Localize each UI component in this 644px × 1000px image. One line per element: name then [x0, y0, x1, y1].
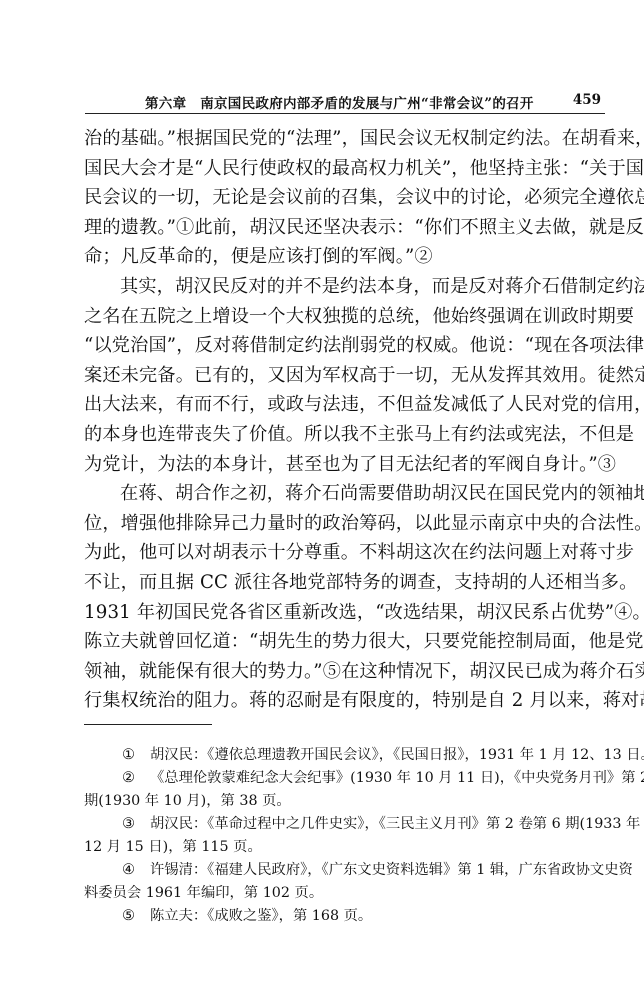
footnote-3-cont: 12 月 15 日)，第 115 页。: [84, 836, 604, 859]
body-line: 领袖，就能保有很大的势力。”⑤在这种情况下，胡汉民已成为蒋介石实: [84, 657, 604, 687]
footnote-2-cont: 期(1930 年 10 月)，第 38 页。: [84, 790, 604, 813]
footnote-3: ③胡汉民：《革命过程中之几件史实》，《三民主义月刊》第 2 卷第 6 期(193…: [84, 813, 604, 836]
body-line: 行集权统治的阻力。蒋的忍耐是有限度的，特别是自 2 月以来，蒋对胡: [84, 686, 604, 716]
footnote-marker: ④: [122, 859, 150, 882]
body-line: 为党计，为法的本身计，甚至也为了目无法纪者的军阀自身计。”③: [84, 450, 604, 480]
footnote-4: ④许锡清：《福建人民政府》，《广东文史资料选辑》第 1 辑，广东省政协文史资: [84, 859, 604, 882]
footnote-text: 胡汉民：《革命过程中之几件史实》，《三民主义月刊》第 2 卷第 6 期(1933…: [150, 816, 640, 832]
body-text: 治的基础。”根据国民党的“法理”，国民会议无权制定约法。在胡看来， 国民大会才是…: [84, 124, 604, 716]
body-line: 案还未完备。已有的，又因为军权高于一切，无从发挥其效用。徒然定: [84, 361, 604, 391]
footnote-2: ②《总理伦敦蒙难纪念大会纪事》(1930 年 10 月 11 日)，《中央党务月…: [84, 767, 604, 790]
body-line: 之名在五院之上增设一个大权独揽的总统，他始终强调在训政时期要: [84, 302, 604, 332]
footnote-text: 许锡清：《福建人民政府》，《广东文史资料选辑》第 1 辑，广东省政协文史资: [150, 862, 633, 878]
body-line: 理的遗教。”①此前，胡汉民还坚决表示：“你们不照主义去做，就是反革: [84, 213, 604, 243]
footnote-marker: ③: [122, 813, 150, 836]
body-line: 为此，他可以对胡表示十分尊重。不料胡这次在约法问题上对蒋寸步: [84, 538, 604, 568]
footnote-text: 陈立夫：《成败之鉴》，第 168 页。: [150, 908, 372, 924]
footnote-marker: ②: [122, 767, 150, 790]
body-line: 治的基础。”根据国民党的“法理”，国民会议无权制定约法。在胡看来，: [84, 124, 604, 154]
footnotes: ①胡汉民：《遵依总理遗教开国民会议》，《民国日报》，1931 年 1 月 12、…: [84, 744, 604, 928]
body-line: 命；凡反革命的，便是应该打倒的军阀。”②: [84, 242, 604, 272]
footnote-text: 《总理伦敦蒙难纪念大会纪事》(1930 年 10 月 11 日)，《中央党务月刊…: [150, 770, 644, 786]
body-line: 国民大会才是“人民行使政权的最高权力机关”，他坚持主张：“关于国: [84, 154, 604, 184]
body-line: 不让，而且据 CC 派往各地党部特务的调查，支持胡的人还相当多。: [84, 568, 604, 598]
header-divider: [85, 113, 605, 114]
footnote-divider: [84, 724, 212, 725]
body-line: 陈立夫就曾回忆道：“胡先生的势力很大，只要党能控制局面，他是党的: [84, 627, 604, 657]
body-line: 的本身也连带丧失了价值。所以我不主张马上有约法或宪法，不但是: [84, 420, 604, 450]
body-line: “以党治国”，反对蒋借制定约法削弱党的权威。他说：“现在各项法律: [84, 331, 604, 361]
running-header: 第六章 南京国民政府内部矛盾的发展与广州“非常会议”的召开 459: [85, 92, 605, 112]
body-line: 1931 年初国民党各省区重新改选，“改选结果，胡汉民系占优势”④。: [84, 598, 604, 628]
body-line: 位，增强他排除异己力量时的政治筹码，以此显示南京中央的合法性。: [84, 509, 604, 539]
footnote-4-cont: 料委员会 1961 年编印，第 102 页。: [84, 882, 604, 905]
footnote-text: 胡汉民：《遵依总理遗教开国民会议》，《民国日报》，1931 年 1 月 12、1…: [150, 747, 644, 763]
footnote-marker: ①: [122, 744, 150, 767]
paragraph-start: 在蒋、胡合作之初，蒋介石尚需要借助胡汉民在国民党内的领袖地: [84, 479, 604, 509]
footnote-1: ①胡汉民：《遵依总理遗教开国民会议》，《民国日报》，1931 年 1 月 12、…: [84, 744, 604, 767]
page-number: 459: [573, 92, 601, 108]
body-line: 民会议的一切，无论是会议前的召集，会议中的讨论，必须完全遵依总: [84, 183, 604, 213]
paragraph-start: 其实，胡汉民反对的并不是约法本身，而是反对蒋介石借制定约法: [84, 272, 604, 302]
footnote-5: ⑤陈立夫：《成败之鉴》，第 168 页。: [84, 905, 604, 928]
footnote-marker: ⑤: [122, 905, 150, 928]
body-line: 出大法来，有而不行，或政与法违，不但益发减低了人民对党的信用，法: [84, 390, 604, 420]
chapter-title: 第六章 南京国民政府内部矛盾的发展与广州“非常会议”的召开: [145, 92, 534, 112]
